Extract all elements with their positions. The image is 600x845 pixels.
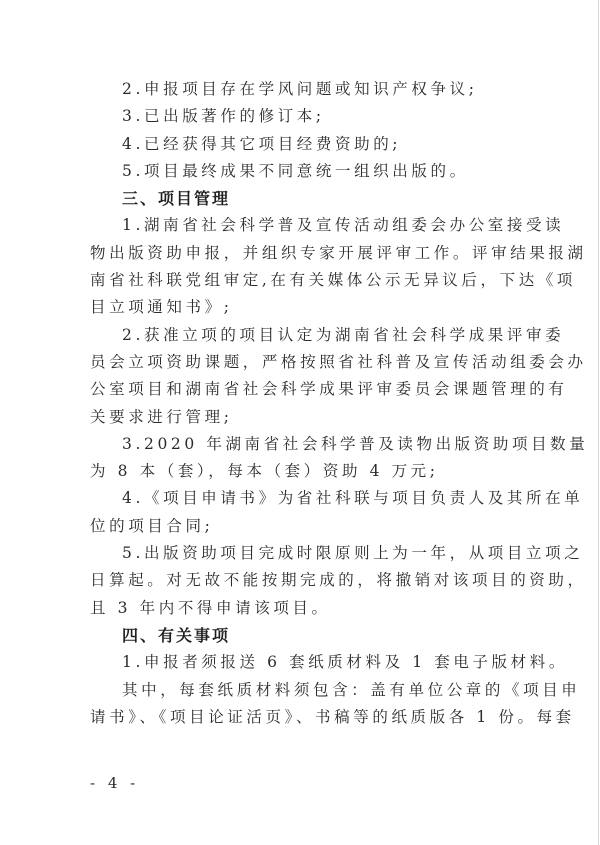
paragraph-line: 请书》、《项目论证活页》、书稿等的纸质版各 1 份。每套 bbox=[90, 704, 506, 731]
page-number: - 4 - bbox=[90, 774, 139, 792]
section-heading: 三、项目管理 bbox=[90, 185, 506, 212]
page-edge bbox=[598, 0, 599, 845]
paragraph-line: 4.《项目申请书》为省社科联与项目负责人及其所在单 bbox=[90, 485, 506, 512]
paragraph-line: 目立项通知书》; bbox=[90, 294, 506, 321]
paragraph-line: 3.已出版著作的修订本; bbox=[90, 103, 506, 130]
paragraph-line: 关要求进行管理; bbox=[90, 404, 506, 431]
paragraph-line: 南省社科联党组审定,在有关媒体公示无异议后，下达《项 bbox=[90, 267, 506, 294]
paragraph-line: 3.2020 年湖南省社会科学普及读物出版资助项目数量 bbox=[90, 431, 506, 458]
document-body: 2.申报项目存在学风问题或知识产权争议;3.已出版著作的修订本;4.已经获得其它… bbox=[90, 76, 506, 731]
paragraph-line: 为 8 本（套），每本（套）资助 4 万元; bbox=[90, 458, 506, 485]
paragraph-line: 员会立项资助课题，严格按照省社科普及宣传活动组委会办 bbox=[90, 349, 506, 376]
paragraph-line: 2.获准立项的项目认定为湖南省社会科学成果评审委 bbox=[90, 322, 506, 349]
paragraph-line: 5.出版资助项目完成时限原则上为一年，从项目立项之 bbox=[90, 540, 506, 567]
paragraph-line: 5.项目最终成果不同意统一组织出版的。 bbox=[90, 158, 506, 185]
paragraph-line: 4.已经获得其它项目经费资助的; bbox=[90, 131, 506, 158]
paragraph-line: 2.申报项目存在学风问题或知识产权争议; bbox=[90, 76, 506, 103]
paragraph-line: 物出版资助申报，并组织专家开展评审工作。评审结果报湖 bbox=[90, 240, 506, 267]
paragraph-line: 且 3 年内不得申请该项目。 bbox=[90, 595, 506, 622]
paragraph-line: 日算起。对无故不能按期完成的，将撤销对该项目的资助， bbox=[90, 567, 506, 594]
paragraph-line: 公室项目和湖南省社会科学成果评审委员会课题管理的有 bbox=[90, 376, 506, 403]
paragraph-line: 其中，每套纸质材料须包含：盖有单位公章的《项目申 bbox=[90, 677, 506, 704]
section-heading: 四、有关事项 bbox=[90, 622, 506, 649]
paragraph-line: 位的项目合同; bbox=[90, 513, 506, 540]
paragraph-line: 1.申报者须报送 6 套纸质材料及 1 套电子版材料。 bbox=[90, 649, 506, 676]
paragraph-line: 1.湖南省社会科学普及宣传活动组委会办公室接受读 bbox=[90, 212, 506, 239]
